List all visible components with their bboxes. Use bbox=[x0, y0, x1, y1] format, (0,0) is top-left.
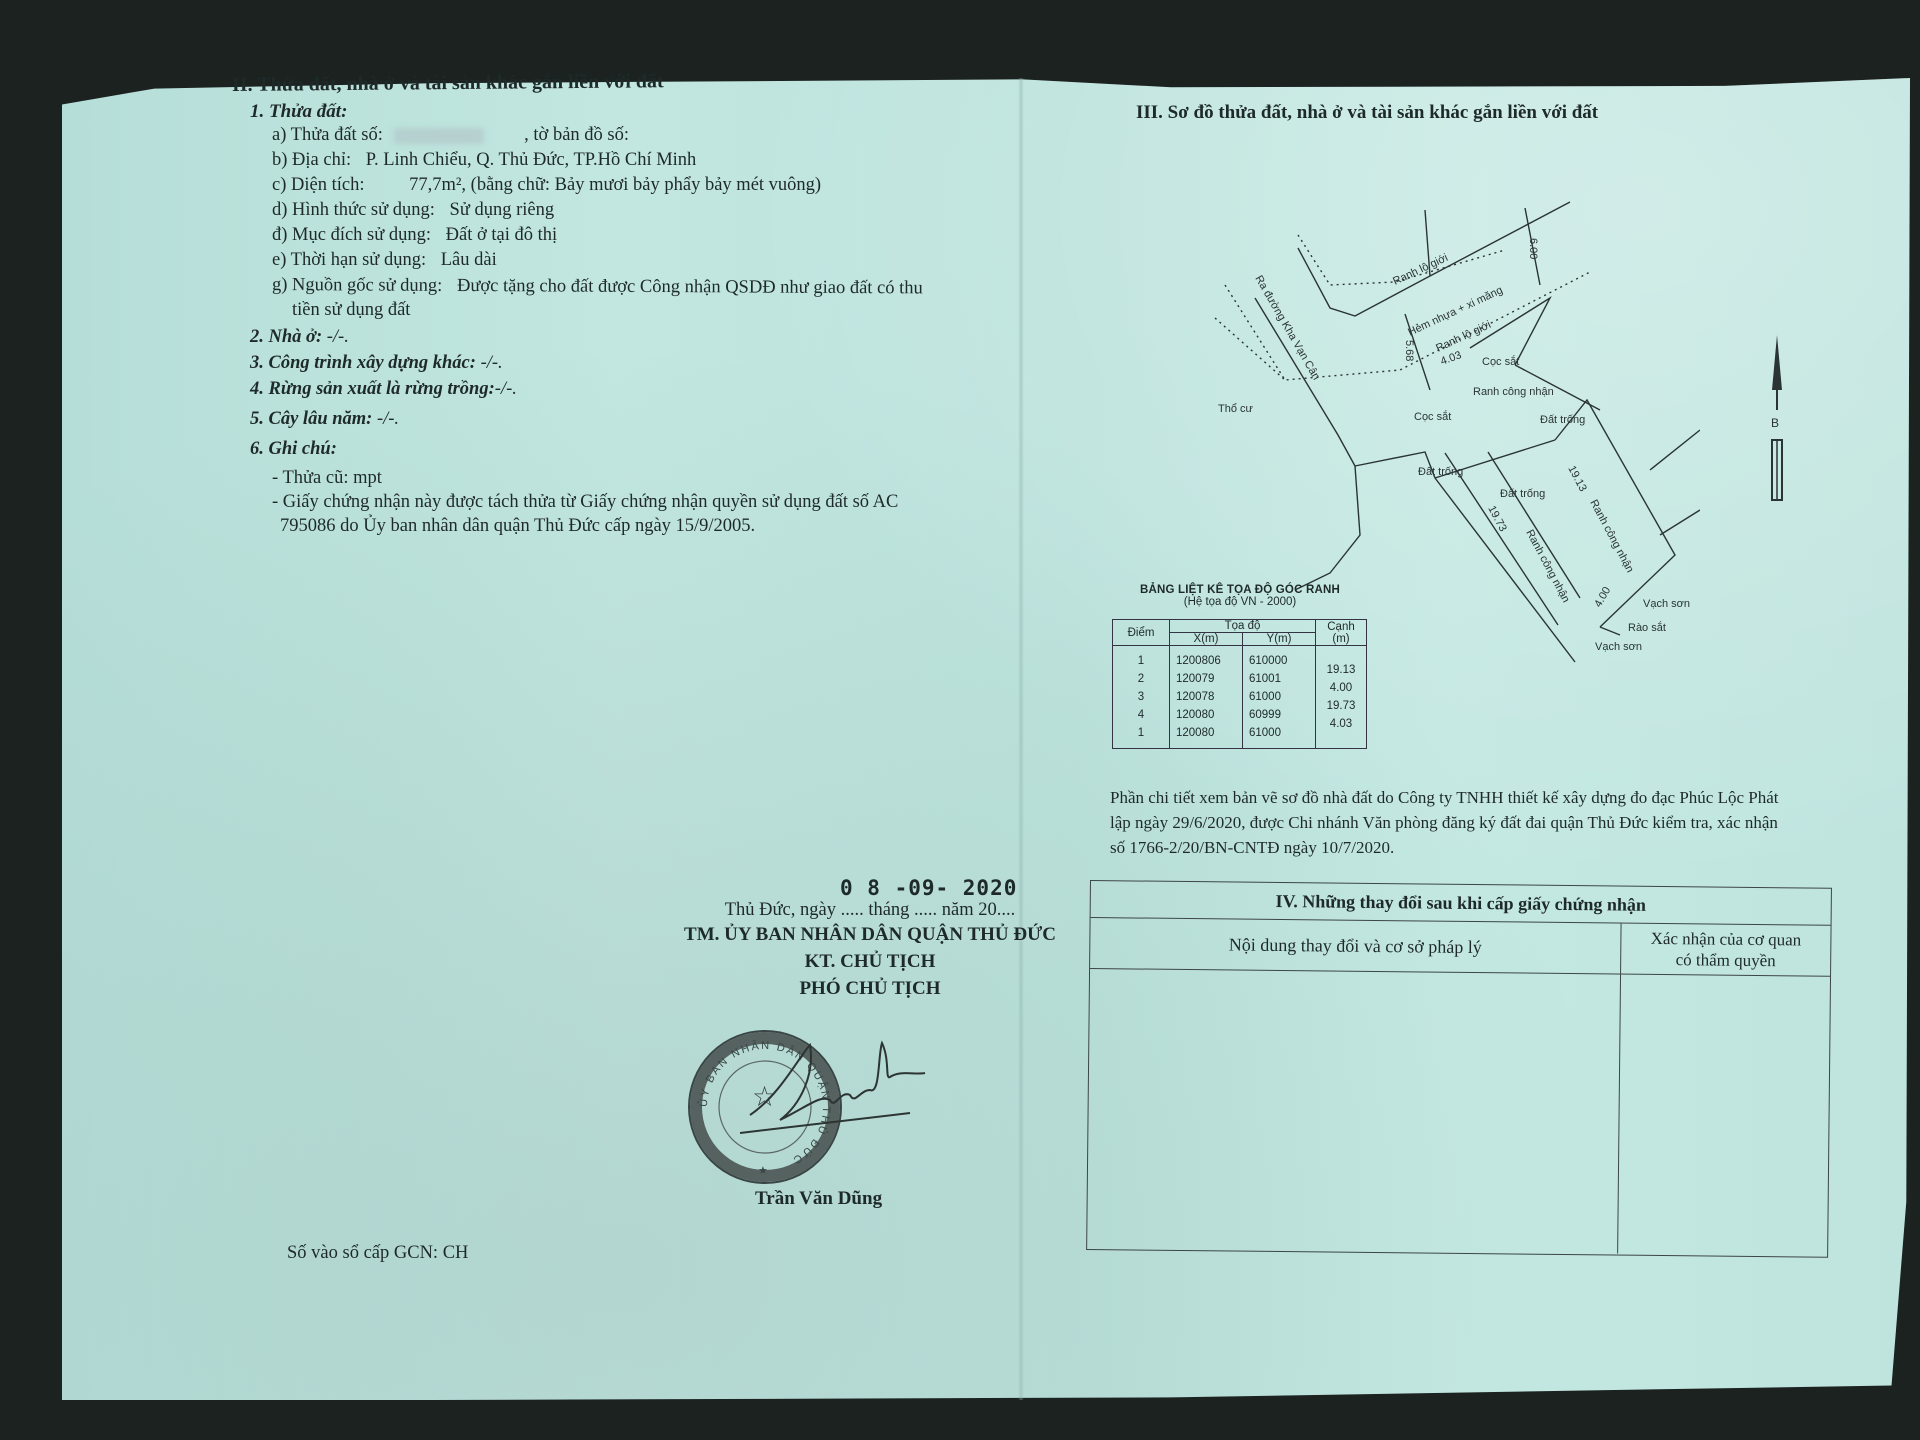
north-arrow-icon: B bbox=[1762, 335, 1792, 505]
coord-cell: 61000 bbox=[1249, 724, 1309, 742]
issuing-org: TM. ỦY BAN NHÂN DÂN QUẬN THỦ ĐỨC bbox=[640, 921, 1100, 948]
changes-table: IV. Những thay đổi sau khi cấp giấy chứn… bbox=[1086, 880, 1832, 1258]
planted-forest-label: 4. Rừng sản xuất là rừng trồng: bbox=[250, 379, 495, 399]
map-label-residential: Thổ cư bbox=[1218, 403, 1254, 415]
map-label-iron-fence: Rào sắt bbox=[1628, 621, 1666, 634]
map-label-recognized-2: Ranh công nhận bbox=[1587, 498, 1635, 575]
col-edge: Cạnh(m) bbox=[1316, 620, 1367, 646]
changes-table-body bbox=[1087, 969, 1830, 1256]
coord-cell: 60999 bbox=[1249, 706, 1309, 724]
map-label-dim-568: 5.68 bbox=[1403, 340, 1415, 361]
signature-block: 0 8 -09- 2020 Thủ Đức, ngày ..... tháng … bbox=[640, 876, 1100, 1002]
col-edge-unit: (m) bbox=[1332, 633, 1349, 645]
svg-text:B: B bbox=[1771, 416, 1779, 430]
map-label-iron-stake-1: Cọc sắt bbox=[1482, 355, 1519, 368]
detail-note-line1: Phần chi tiết xem bản vẽ sơ đồ nhà đất d… bbox=[1110, 785, 1810, 810]
map-label-to-road: Ra đường Kha Vạn Cân bbox=[1252, 274, 1322, 383]
section-iii-title: III. Sơ đồ thửa đất, nhà ở và tài sản kh… bbox=[1136, 102, 1598, 124]
coord-cell: 120080 bbox=[1176, 724, 1236, 742]
changes-table-header: Nội dung thay đổi và cơ sở pháp lý Xác n… bbox=[1090, 918, 1830, 977]
coord-cell: 4 bbox=[1119, 706, 1163, 724]
map-label-dim-600: 6.00 bbox=[1527, 238, 1539, 259]
area-value: 77,7m², (bằng chữ: Bảy mươi bảy phẩy bảy… bbox=[409, 175, 821, 195]
coord-system: (Hệ tọa độ VN - 2000) bbox=[1100, 596, 1380, 608]
points-column: 12341 bbox=[1113, 646, 1170, 749]
usage-form-label: d) Hình thức sử dụng: bbox=[272, 200, 435, 220]
coord-table: Điểm Tọa độ Cạnh(m) X(m) Y(m) 12341 1200… bbox=[1112, 619, 1367, 749]
coord-cell: 610000 bbox=[1249, 652, 1309, 670]
col-point: Điểm bbox=[1113, 620, 1170, 646]
coord-cell: 1200806 bbox=[1176, 652, 1236, 670]
coord-cell: 3 bbox=[1119, 688, 1163, 706]
other-construction-value: -/-. bbox=[481, 353, 503, 373]
map-label-paint-mark-2: Vạch sơn bbox=[1595, 641, 1642, 653]
svg-text:★: ★ bbox=[758, 1165, 768, 1177]
note-split-from: - Giấy chứng nhận này được tách thửa từ … bbox=[272, 490, 1012, 514]
usage-origin-label: g) Nguồn gốc sử dụng: bbox=[272, 275, 442, 296]
usage-form-value: Sử dụng riêng bbox=[450, 200, 555, 220]
coord-cell: 19.13 bbox=[1322, 661, 1360, 679]
usage-term-label: e) Thời hạn sử dụng: bbox=[272, 250, 426, 270]
perennial-trees-label: 5. Cây lâu năm: bbox=[250, 409, 372, 429]
coord-cell: 61000 bbox=[1249, 688, 1309, 706]
left-page: II. Thửa đất, nhà ở và tài sản khác gắn … bbox=[232, 74, 1012, 538]
coord-cell: 4.03 bbox=[1322, 715, 1360, 733]
usage-term-row: e) Thời hạn sử dụng: Lâu dài bbox=[272, 248, 1012, 272]
map-label-recognized-3: Ranh công nhận bbox=[1523, 528, 1571, 605]
coord-cell: 1 bbox=[1119, 652, 1163, 670]
date-line: Thủ Đức, ngày ..... tháng ..... năm 20..… bbox=[640, 900, 1100, 921]
note-split-from-cont: 795086 do Ủy ban nhân dân quận Thủ Đức c… bbox=[272, 514, 1012, 538]
note-old-parcel: - Thửa cũ: mpt bbox=[272, 466, 1012, 490]
redacted-parcel-number bbox=[394, 128, 484, 144]
paper-fold bbox=[1018, 78, 1024, 1400]
coord-cell: 61001 bbox=[1249, 670, 1309, 688]
coord-cell: 19.73 bbox=[1322, 697, 1360, 715]
usage-origin-row: g) Nguồn gốc sử dụng: Được tặng cho đất … bbox=[272, 273, 1012, 301]
handwritten-signature bbox=[740, 1035, 930, 1145]
col-edge-label: Cạnh bbox=[1327, 621, 1355, 633]
notes-heading: 6. Ghi chú: bbox=[250, 436, 1012, 462]
area-row: c) Diện tích: 77,7m², (bằng chữ: Bảy mươ… bbox=[272, 173, 1012, 197]
map-label-road-boundary-bottom: Ranh lộ giới bbox=[1434, 319, 1493, 355]
usage-purpose-row: đ) Mục đích sử dụng: Đất ở tại đô thị bbox=[272, 223, 1012, 247]
coord-cell: 2 bbox=[1119, 670, 1163, 688]
signer-role-1: KT. CHỦ TỊCH bbox=[640, 948, 1100, 975]
coord-table-heading: BẢNG LIỆT KÊ TỌA ĐỘ GÓC RANH bbox=[1100, 584, 1380, 596]
registry-number: Số vào sổ cấp GCN: CH bbox=[287, 1243, 468, 1264]
usage-term-value: Lâu dài bbox=[441, 250, 497, 270]
y-column: 61000061001610006099961000 bbox=[1243, 646, 1316, 749]
perennial-trees-row: 5. Cây lâu năm: -/-. bbox=[250, 406, 1012, 432]
map-label-vacant-2: Đất trống bbox=[1418, 466, 1463, 478]
map-label-vacant-3: Đất trống bbox=[1500, 488, 1545, 500]
other-items: 2. Nhà ở: -/-. 3. Công trình xây dựng kh… bbox=[232, 324, 1012, 462]
usage-purpose-label: đ) Mục đích sử dụng: bbox=[272, 225, 431, 245]
change-content-cell bbox=[1087, 969, 1621, 1254]
parcel-heading: 1. Thửa đất: bbox=[232, 101, 1012, 123]
map-label-vacant-1: Đất trống bbox=[1540, 414, 1585, 426]
housing-row: 2. Nhà ở: -/-. bbox=[250, 324, 1012, 350]
edges-column: 19.134.0019.734.03 bbox=[1316, 646, 1367, 749]
x-column: 1200806120079120078120080120080 bbox=[1170, 646, 1243, 749]
map-label-iron-stake-2: Cọc sắt bbox=[1414, 410, 1451, 423]
col-authority-line2: có thẩm quyền bbox=[1621, 949, 1830, 972]
map-label-dim-400: 4.00 bbox=[1592, 585, 1613, 610]
housing-label: 2. Nhà ở: bbox=[250, 327, 322, 347]
section-ii-title: II. Thửa đất, nhà ở và tài sản khác gắn … bbox=[232, 67, 1012, 97]
map-label-recognized-boundary: Ranh công nhận bbox=[1473, 386, 1554, 398]
parcel-number-row: a) Thửa đất số: , tờ bản đồ số: bbox=[272, 123, 1012, 147]
detail-note-line2: lập ngày 29/6/2020, được Chi nhánh Văn p… bbox=[1110, 810, 1810, 835]
planted-forest-row: 4. Rừng sản xuất là rừng trồng:-/-. bbox=[250, 376, 1012, 402]
map-label-paint-mark-1: Vạch sơn bbox=[1643, 598, 1690, 610]
col-x: X(m) bbox=[1170, 633, 1243, 646]
notes-body: - Thửa cũ: mpt - Giấy chứng nhận này đượ… bbox=[232, 466, 1012, 538]
detail-note-line3: số 1766-2/20/BN-CNTĐ ngày 10/7/2020. bbox=[1110, 835, 1810, 860]
usage-purpose-value: Đất ở tại đô thị bbox=[446, 225, 558, 245]
address-label: b) Địa chỉ: bbox=[272, 150, 351, 170]
stamped-date: 0 8 -09- 2020 bbox=[720, 876, 1100, 900]
parcel-details: a) Thửa đất số: , tờ bản đồ số: b) Địa c… bbox=[232, 123, 1012, 322]
col-change-content: Nội dung thay đổi và cơ sở pháp lý bbox=[1090, 918, 1621, 974]
coord-cell: 120079 bbox=[1176, 670, 1236, 688]
col-authority-line1: Xác nhận của cơ quan bbox=[1621, 928, 1830, 951]
planted-forest-value: -/-. bbox=[495, 379, 517, 399]
map-sheet-label: , tờ bản đồ số: bbox=[524, 125, 629, 145]
parcel-number-label: a) Thửa đất số: bbox=[272, 125, 383, 145]
col-y: Y(m) bbox=[1243, 633, 1316, 646]
coord-table-title: BẢNG LIỆT KÊ TỌA ĐỘ GÓC RANH (Hệ tọa độ … bbox=[1100, 584, 1380, 608]
usage-form-row: d) Hình thức sử dụng: Sử dụng riêng bbox=[272, 198, 1012, 222]
usage-origin-value-cont: tiền sử dụng đất bbox=[272, 298, 1012, 322]
col-authority-confirmation: Xác nhận của cơ quan có thẩm quyền bbox=[1621, 924, 1831, 976]
signer-role-2: PHÓ CHỦ TỊCH bbox=[640, 975, 1100, 1002]
perennial-trees-value: -/-. bbox=[377, 409, 399, 429]
map-label-dim-1913: 19.13 bbox=[1565, 464, 1589, 494]
signer-name: Trần Văn Dũng bbox=[755, 1188, 882, 1210]
address-value: P. Linh Chiểu, Q. Thủ Đức, TP.Hồ Chí Min… bbox=[366, 150, 697, 170]
col-coord: Tọa độ bbox=[1170, 620, 1316, 633]
housing-value: -/-. bbox=[327, 327, 349, 347]
address-row: b) Địa chỉ: P. Linh Chiểu, Q. Thủ Đức, T… bbox=[272, 148, 1012, 172]
other-construction-row: 3. Công trình xây dựng khác: -/-. bbox=[250, 350, 1012, 376]
coord-cell: 120078 bbox=[1176, 688, 1236, 706]
detail-note: Phần chi tiết xem bản vẽ sơ đồ nhà đất d… bbox=[1110, 785, 1810, 860]
authority-confirmation-cell bbox=[1618, 975, 1830, 1256]
coord-cell: 120080 bbox=[1176, 706, 1236, 724]
coord-cell: 1 bbox=[1119, 724, 1163, 742]
area-label: c) Diện tích: bbox=[272, 175, 364, 195]
usage-origin-value: Được tặng cho đất được Công nhận QSDĐ nh… bbox=[457, 276, 923, 298]
other-construction-label: 3. Công trình xây dựng khác: bbox=[250, 353, 476, 373]
coord-cell: 4.00 bbox=[1322, 679, 1360, 697]
